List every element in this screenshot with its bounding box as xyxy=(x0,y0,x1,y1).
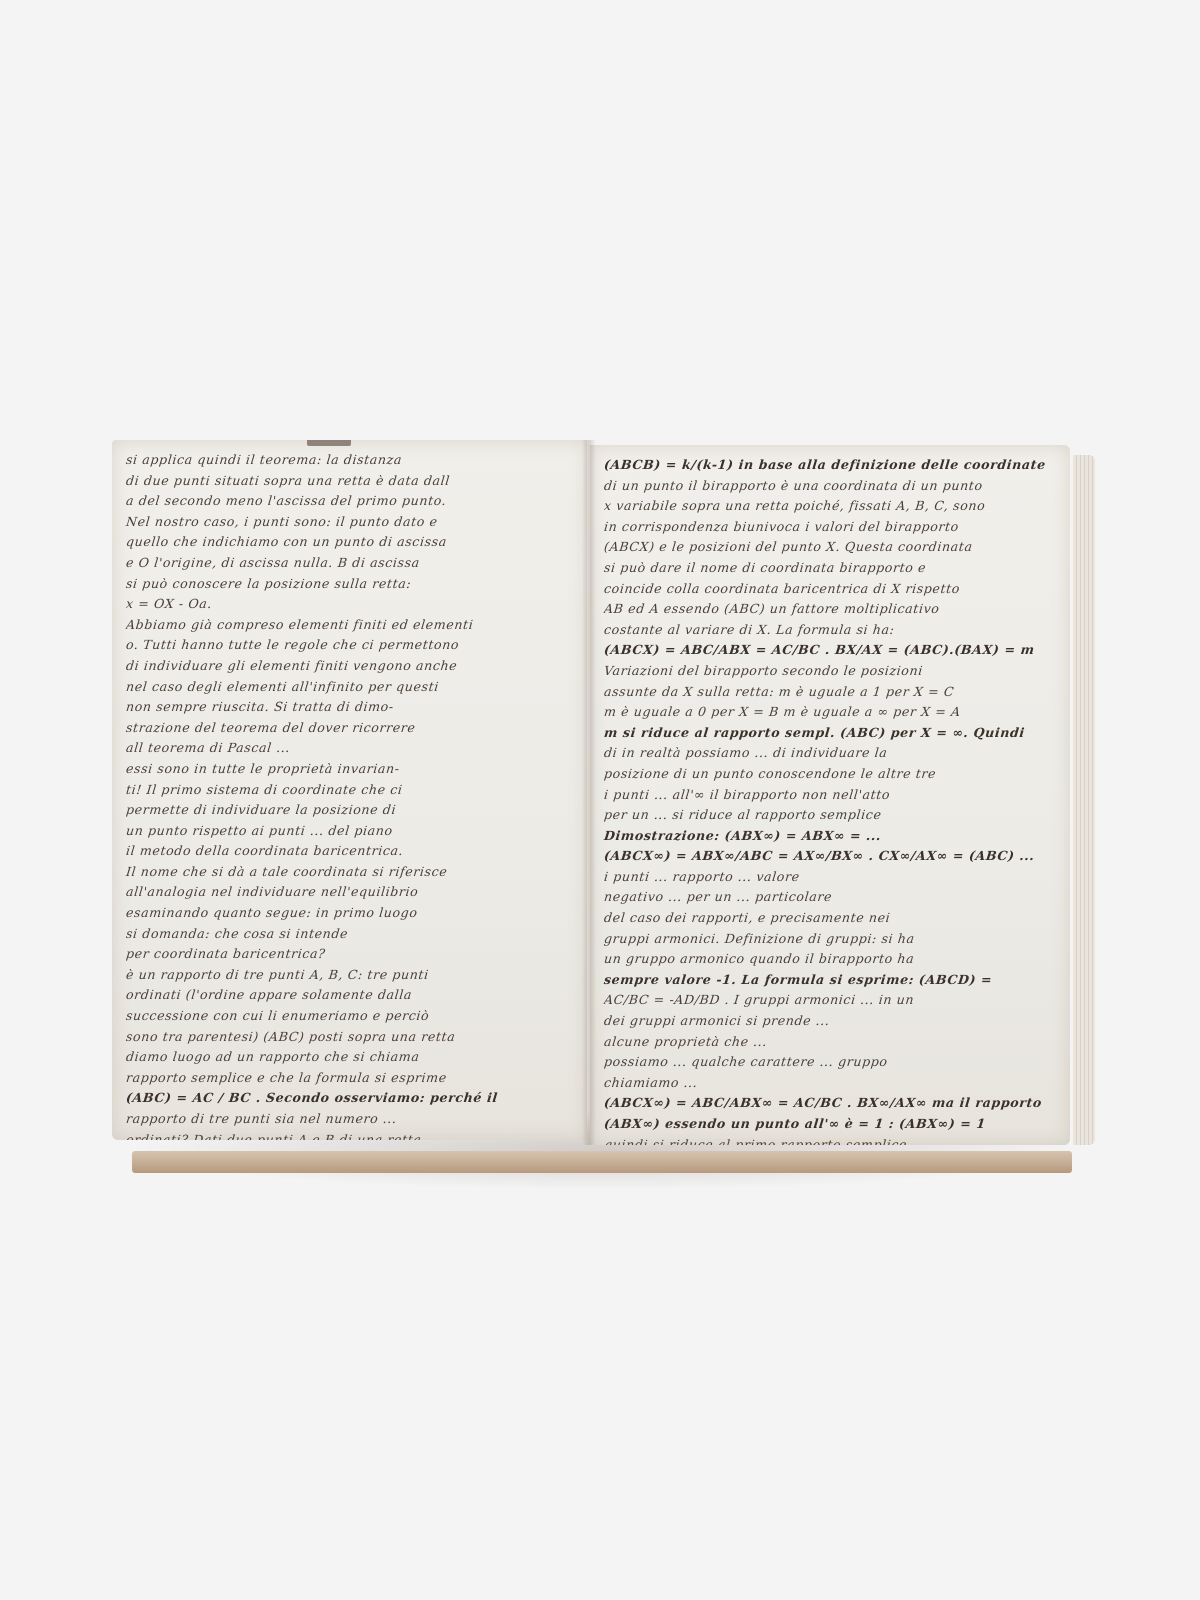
handwritten-line: sempre valore -1. La formula si esprime:… xyxy=(603,970,1061,991)
left-page: si applica quindi il teorema: la distanz… xyxy=(112,440,587,1140)
handwritten-line: si domanda: che cosa si intende xyxy=(125,924,578,945)
notebook-bottom-edge xyxy=(132,1151,1072,1173)
handwritten-line: (ABCX∞) = ABX∞/ABC = AX∞/BX∞ . CX∞/AX∞ =… xyxy=(603,846,1061,867)
handwritten-line: costante al variare di X. La formula si … xyxy=(603,620,1061,641)
handwritten-line: Variazioni del birapporto secondo le pos… xyxy=(603,661,1061,682)
handwritten-line: alcune proprietà che ... xyxy=(603,1032,1061,1053)
handwritten-line: (ABX∞) essendo un punto all'∞ è = 1 : (A… xyxy=(603,1114,1061,1135)
handwritten-line: m è uguale a 0 per X = B m è uguale a ∞ … xyxy=(603,702,1061,723)
handwritten-line: nel caso degli elementi all'infinito per… xyxy=(125,677,578,698)
handwritten-line: gruppi armonici. Definizione di gruppi: … xyxy=(603,929,1061,950)
handwritten-line: per coordinata baricentrica? xyxy=(125,944,578,965)
handwritten-line: Nel nostro caso, i punti sono: il punto … xyxy=(125,512,578,533)
handwritten-line: di due punti situati sopra una retta è d… xyxy=(125,471,578,492)
handwritten-line: i punti ... rapporto ... valore xyxy=(603,867,1061,888)
handwritten-line: negativo ... per un ... particolare xyxy=(603,887,1061,908)
handwritten-line: strazione del teorema del dover ricorrer… xyxy=(125,718,578,739)
handwritten-line: x = OX - Oa. xyxy=(125,594,578,615)
handwritten-line: Abbiamo già compreso elementi finiti ed … xyxy=(125,615,578,636)
handwritten-line: (ABCX∞) = ABC/ABX∞ = AC/BC . BX∞/AX∞ ma … xyxy=(603,1093,1061,1114)
handwritten-line: del caso dei rapporti, e precisamente ne… xyxy=(603,908,1061,929)
handwritten-line: AB ed A essendo (ABC) un fattore moltipl… xyxy=(603,599,1061,620)
handwritten-line: all teorema di Pascal ... xyxy=(125,738,578,759)
handwritten-line: possiamo ... qualche carattere ... grupp… xyxy=(603,1052,1061,1073)
handwritten-line: i punti ... all'∞ il birapporto non nell… xyxy=(603,785,1061,806)
handwritten-line: rapporto di tre punti sia nel numero ... xyxy=(125,1109,578,1130)
handwritten-line: Dimostrazione: (ABX∞) = ABX∞ = ... xyxy=(603,826,1061,847)
handwritten-line: ordinati (l'ordine appare solamente dall… xyxy=(125,985,578,1006)
handwritten-line: ti! Il primo sistema di coordinate che c… xyxy=(125,780,578,801)
handwritten-line: all'analogia nel individuare nell'equili… xyxy=(125,882,578,903)
handwritten-line: esaminando quanto segue: in primo luogo xyxy=(125,903,578,924)
handwritten-line: per un ... si riduce al rapporto semplic… xyxy=(603,805,1061,826)
open-notebook: si applica quindi il teorema: la distanz… xyxy=(112,440,1087,1155)
handwritten-line: è un rapporto di tre punti A, B, C: tre … xyxy=(125,965,578,986)
left-page-handwriting: si applica quindi il teorema: la distanz… xyxy=(126,450,577,1140)
handwritten-line: si applica quindi il teorema: la distanz… xyxy=(125,450,578,471)
book-gutter xyxy=(582,440,596,1145)
handwritten-line: rapporto semplice e che la formula si es… xyxy=(125,1068,578,1089)
handwritten-line: a del secondo meno l'ascissa del primo p… xyxy=(125,491,578,512)
handwritten-line: si può conoscere la posizione sulla rett… xyxy=(125,574,578,595)
handwritten-line: quello che indichiamo con un punto di as… xyxy=(125,532,578,553)
handwritten-line: essi sono in tutte le proprietà invarian… xyxy=(125,759,578,780)
handwritten-line: di individuare gli elementi finiti vengo… xyxy=(125,656,578,677)
handwritten-line: un gruppo armonico quando il birapporto … xyxy=(603,949,1061,970)
handwritten-line: e O l'origine, di ascissa nulla. B di as… xyxy=(125,553,578,574)
handwritten-line: (ABCX) e le posizioni del punto X. Quest… xyxy=(603,537,1061,558)
handwritten-line: o. Tutti hanno tutte le regole che ci pe… xyxy=(125,635,578,656)
handwritten-line: AC/BC = -AD/BD . I gruppi armonici ... i… xyxy=(603,990,1061,1011)
handwritten-line: di un punto il birapporto è una coordina… xyxy=(603,476,1061,497)
handwritten-line: sono tra parentesi) (ABC) posti sopra un… xyxy=(125,1027,578,1048)
handwritten-line: non sempre riuscita. Si tratta di dimo- xyxy=(125,697,578,718)
handwritten-line: m si riduce al rapporto sempl. (ABC) per… xyxy=(603,723,1061,744)
handwritten-line: coincide colla coordinata baricentrica d… xyxy=(603,579,1061,600)
page-tear-mark xyxy=(307,440,351,446)
handwritten-line: dei gruppi armonici si prende ... xyxy=(603,1011,1061,1032)
right-page: (ABCB) = k/(k-1) in base alla definizion… xyxy=(590,445,1070,1145)
handwritten-line: un punto rispetto ai punti ... del piano xyxy=(125,821,578,842)
page-stack-edge xyxy=(1073,455,1095,1145)
handwritten-line: diamo luogo ad un rapporto che si chiama xyxy=(125,1047,578,1068)
handwritten-line: (ABCX) = ABC/ABX = AC/BC . BX/AX = (ABC)… xyxy=(603,640,1061,661)
right-page-handwriting: (ABCB) = k/(k-1) in base alla definizion… xyxy=(604,455,1060,1145)
handwritten-line: ordinati? Dati due punti A e B di una re… xyxy=(125,1130,578,1140)
handwritten-line: posizione di un punto conoscendone le al… xyxy=(603,764,1061,785)
handwritten-line: il metodo della coordinata baricentrica. xyxy=(125,841,578,862)
handwritten-line: chiamiamo ... xyxy=(603,1073,1061,1094)
handwritten-line: in corrispondenza biunivoca i valori del… xyxy=(603,517,1061,538)
handwritten-line: x variabile sopra una retta poiché, fiss… xyxy=(603,496,1061,517)
handwritten-line: successione con cui li enumeriamo e perc… xyxy=(125,1006,578,1027)
handwritten-line: permette di individuare la posizione di xyxy=(125,800,578,821)
handwritten-line: assunte da X sulla retta: m è uguale a 1… xyxy=(603,682,1061,703)
handwritten-line: Il nome che si dà a tale coordinata si r… xyxy=(125,862,578,883)
handwritten-line: (ABCB) = k/(k-1) in base alla definizion… xyxy=(603,455,1061,476)
handwritten-line: si può dare il nome di coordinata birapp… xyxy=(603,558,1061,579)
handwritten-line: (ABC) = AC / BC . Secondo osserviamo: pe… xyxy=(125,1088,578,1109)
handwritten-line: quindi si riduce al primo rapporto sempl… xyxy=(603,1135,1061,1145)
handwritten-line: di in realtà possiamo ... di individuare… xyxy=(603,743,1061,764)
